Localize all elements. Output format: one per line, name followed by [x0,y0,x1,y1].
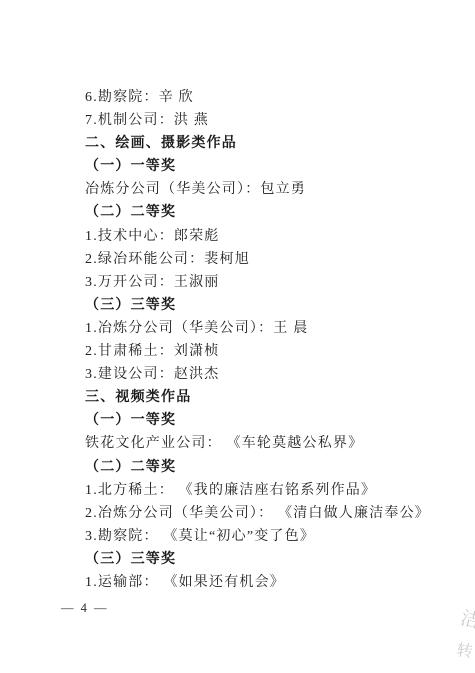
document-line: 1.冶炼分公司（华美公司）：王 晨 [85,317,445,340]
document-line: （一）一等奖 [85,409,445,432]
document-line: 铁花文化产业公司： 《车轮莫越公私界》 [85,432,445,455]
document-line: （三）三等奖 [85,548,445,571]
watermark-glyph: 洁 [458,603,475,634]
document-line: 1.运输部： 《如果还有机会》 [85,571,445,594]
document-line: （二）二等奖 [85,201,445,224]
document-line: （二）二等奖 [85,456,445,479]
document-line: 三、视频类作品 [85,386,445,409]
document-line: （一）一等奖 [85,155,445,178]
document-line: （三）三等奖 [85,294,445,317]
document-line: 2.冶炼分公司（华美公司）： 《清白做人廉洁奉公》 [85,502,445,525]
document-line: 3.勘察院： 《莫让“初心”变了色》 [85,525,445,548]
document-line: 冶炼分公司（华美公司）：包立勇 [85,178,445,201]
document-line: 7.机制公司：洪 燕 [85,109,445,132]
watermark-glyph: 转 [455,637,474,662]
document-line: 3.万开公司：王淑丽 [85,271,445,294]
document-line: 2.绿冶环能公司：裴柯旭 [85,248,445,271]
document-line: 二、绘画、摄影类作品 [85,132,445,155]
page-number: — 4 — [61,601,109,616]
document-page: 6.勘察院：辛 欣7.机制公司：洪 燕二、绘画、摄影类作品（一）一等奖冶炼分公司… [0,0,475,673]
document-line: 1.技术中心：郎荣彪 [85,225,445,248]
document-line: 6.勘察院：辛 欣 [85,86,445,109]
document-line: 3.建设公司：赵洪杰 [85,363,445,386]
document-line: 1.北方稀土： 《我的廉洁座右铭系列作品》 [85,479,445,502]
document-body: 6.勘察院：辛 欣7.机制公司：洪 燕二、绘画、摄影类作品（一）一等奖冶炼分公司… [85,86,445,594]
document-line: 2.甘肃稀土：刘潇桢 [85,340,445,363]
